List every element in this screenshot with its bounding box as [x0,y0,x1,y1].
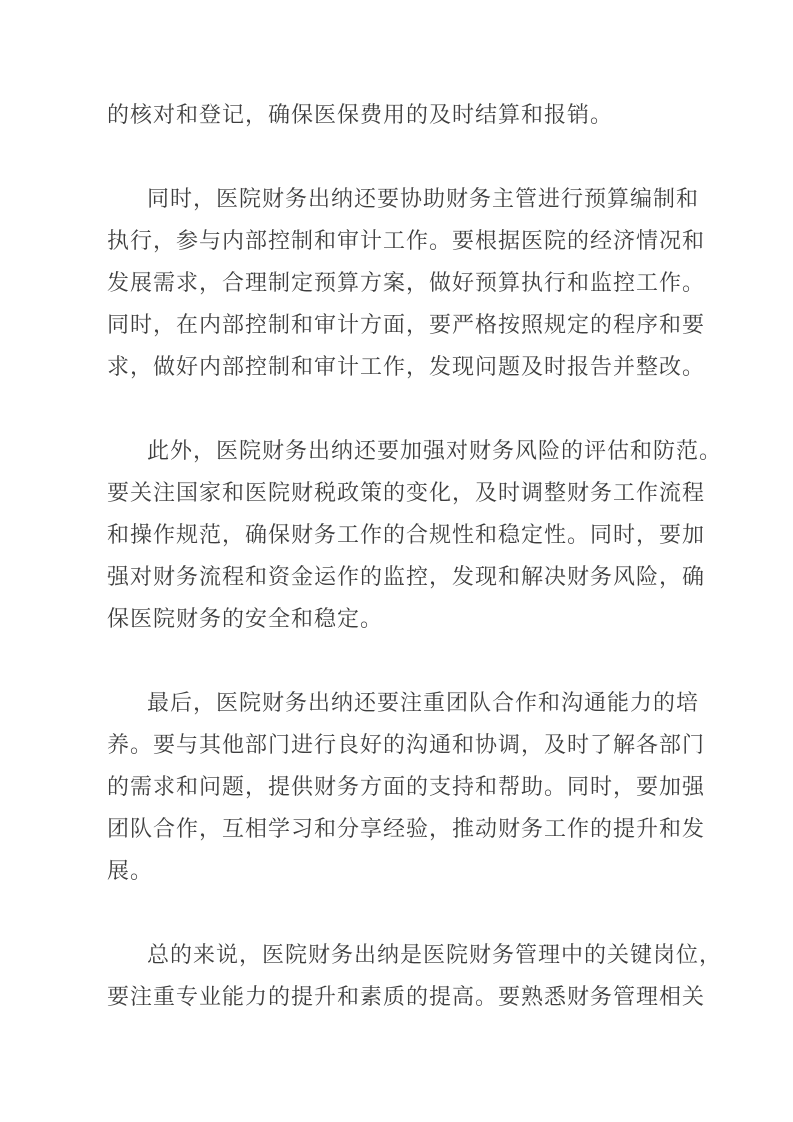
paragraph: 的核对和登记，确保医保费用的及时结算和报销。 [107,94,677,136]
document-page: 的核对和登记，确保医保费用的及时结算和报销。 同时，医院财务出纳还要协助财务主管… [0,0,793,1122]
text-line: 的核对和登记，确保医保费用的及时结算和报销。 [107,94,677,136]
text-line: 保医院财务的安全和稳定。 [107,598,677,640]
document-body: 的核对和登记，确保医保费用的及时结算和报销。 同时，医院财务出纳还要协助财务主管… [107,94,677,1018]
paragraph: 总的来说，医院财务出纳是医院财务管理中的关键岗位， 要注重专业能力的提升和素质的… [107,934,677,1018]
text-line: 的需求和问题，提供财务方面的支持和帮助。同时，要加强 [107,766,677,808]
text-line: 养。要与其他部门进行良好的沟通和协调，及时了解各部门 [107,724,677,766]
paragraph: 最后，医院财务出纳还要注重团队合作和沟通能力的培 养。要与其他部门进行良好的沟通… [107,682,677,892]
text-line: 强对财务流程和资金运作的监控，发现和解决财务风险，确 [107,556,677,598]
text-line: 同时，医院财务出纳还要协助财务主管进行预算编制和 [107,178,677,220]
text-line: 要注重专业能力的提升和素质的提高。要熟悉财务管理相关 [107,976,677,1018]
text-line: 最后，医院财务出纳还要注重团队合作和沟通能力的培 [107,682,677,724]
text-line: 和操作规范，确保财务工作的合规性和稳定性。同时，要加 [107,514,677,556]
text-line: 要关注国家和医院财税政策的变化，及时调整财务工作流程 [107,472,677,514]
text-line: 同时，在内部控制和审计方面，要严格按照规定的程序和要 [107,304,677,346]
text-line: 团队合作，互相学习和分享经验，推动财务工作的提升和发 [107,808,677,850]
text-line: 执行，参与内部控制和审计工作。要根据医院的经济情况和 [107,220,677,262]
text-line: 此外，医院财务出纳还要加强对财务风险的评估和防范。 [107,430,677,472]
paragraph: 此外，医院财务出纳还要加强对财务风险的评估和防范。 要关注国家和医院财税政策的变… [107,430,677,640]
text-line: 总的来说，医院财务出纳是医院财务管理中的关键岗位， [107,934,677,976]
text-line: 展。 [107,850,677,892]
text-line: 发展需求，合理制定预算方案，做好预算执行和监控工作。 [107,262,677,304]
text-line: 求，做好内部控制和审计工作，发现问题及时报告并整改。 [107,346,677,388]
paragraph: 同时，医院财务出纳还要协助财务主管进行预算编制和 执行，参与内部控制和审计工作。… [107,178,677,388]
